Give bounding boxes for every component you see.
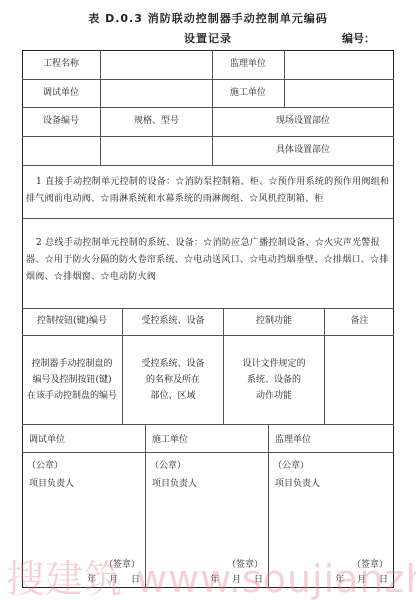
col-header-remarks: 备注 (325, 308, 394, 335)
debug-unit-label: 调试单位 (22, 79, 100, 107)
controlled-system-cell[interactable]: 受控系统、设备 的名称及所在 部位、区域 (123, 335, 223, 424)
sig-debug-date: 年 月 日 (60, 572, 140, 585)
site-location-label: 现场设置部位 (212, 107, 394, 136)
sig-debug-stamp: （签章） (60, 557, 140, 570)
sig-debug-unit-label: 调试单位 (29, 432, 65, 445)
divider (22, 218, 394, 219)
device-no-field[interactable] (22, 136, 100, 165)
spec-model-field[interactable] (101, 136, 212, 165)
remarks-cell[interactable] (325, 335, 394, 424)
divider (22, 452, 394, 453)
col-header-button-no: 控制按钮(键)编号 (22, 308, 122, 335)
form-title: 表 D.0.3 消防联动控制器手动控制单元编码 (0, 10, 416, 26)
device-no-label: 设备编号 (22, 107, 100, 136)
cell-line: 受控系统、设备 (141, 356, 204, 372)
cell-line: 的名称及所在 (146, 372, 200, 388)
sig-construction-date: 年 月 日 (183, 572, 263, 585)
project-name-field[interactable] (101, 50, 212, 79)
col-header-controlled-system: 受控系统、设备 (123, 308, 223, 335)
serial-number-label: 编号： (342, 30, 375, 46)
construction-unit-field[interactable] (285, 79, 394, 107)
sig-supervision-seal: （公章） (273, 457, 309, 475)
debug-unit-field[interactable] (101, 79, 212, 107)
sig-construction-seal: （公章） (150, 457, 186, 475)
divider (268, 424, 269, 588)
divider (145, 424, 146, 588)
project-name-label: 工程名称 (22, 50, 100, 79)
sig-debug-seal: （公章） (27, 457, 63, 475)
divider (22, 165, 394, 166)
sig-supervision-date: 年 月 日 (306, 572, 388, 585)
col-header-control-function: 控制功能 (224, 308, 324, 335)
spec-model-label: 规格、型号 (101, 107, 212, 136)
sig-debug-person: 项目负责人 (29, 475, 74, 493)
section-bus-control: 2 总线手动控制单元控制的系统、设备：☆消防应急广播控制设备、☆火灾声光警报器、… (26, 235, 390, 286)
cell-line: 系统、设备的 (247, 372, 301, 388)
cell-line: 设计文件规定的 (242, 356, 305, 372)
cell-line: 部位、区域 (150, 388, 195, 404)
divider (22, 424, 394, 425)
sig-construction-stamp: （签章） (183, 557, 263, 570)
control-function-cell[interactable]: 设计文件规定的 系统、设备的 动作功能 (224, 335, 324, 424)
sig-supervision-unit-label: 监理单位 (275, 432, 311, 445)
sig-supervision-stamp: （签章） (306, 557, 388, 570)
construction-unit-label: 施工单位 (212, 79, 284, 107)
sig-construction-person: 项目负责人 (152, 475, 197, 493)
supervision-unit-field[interactable] (285, 50, 394, 79)
button-no-cell[interactable]: 控制器手动控制盘的 编号及控制按钮(键) 在该手动控制盘的编号 (22, 335, 122, 424)
specific-location-label: 具体设置部位 (212, 136, 394, 165)
sig-construction-unit-label: 施工单位 (152, 432, 188, 445)
sig-supervision-person: 项目负责人 (275, 475, 320, 493)
cell-line: 编号及控制按钮(键) (32, 372, 111, 388)
cell-line: 控制器手动控制盘的 (31, 356, 112, 372)
cell-line: 动作功能 (256, 388, 292, 404)
section-direct-control: 1 直接手动控制单元控制的设备：☆消防泵控制箱、柜、☆预作用系统的预作用阀组和排… (26, 174, 390, 208)
cell-line: 在该手动控制盘的编号 (27, 388, 117, 404)
supervision-unit-label: 监理单位 (212, 50, 284, 79)
